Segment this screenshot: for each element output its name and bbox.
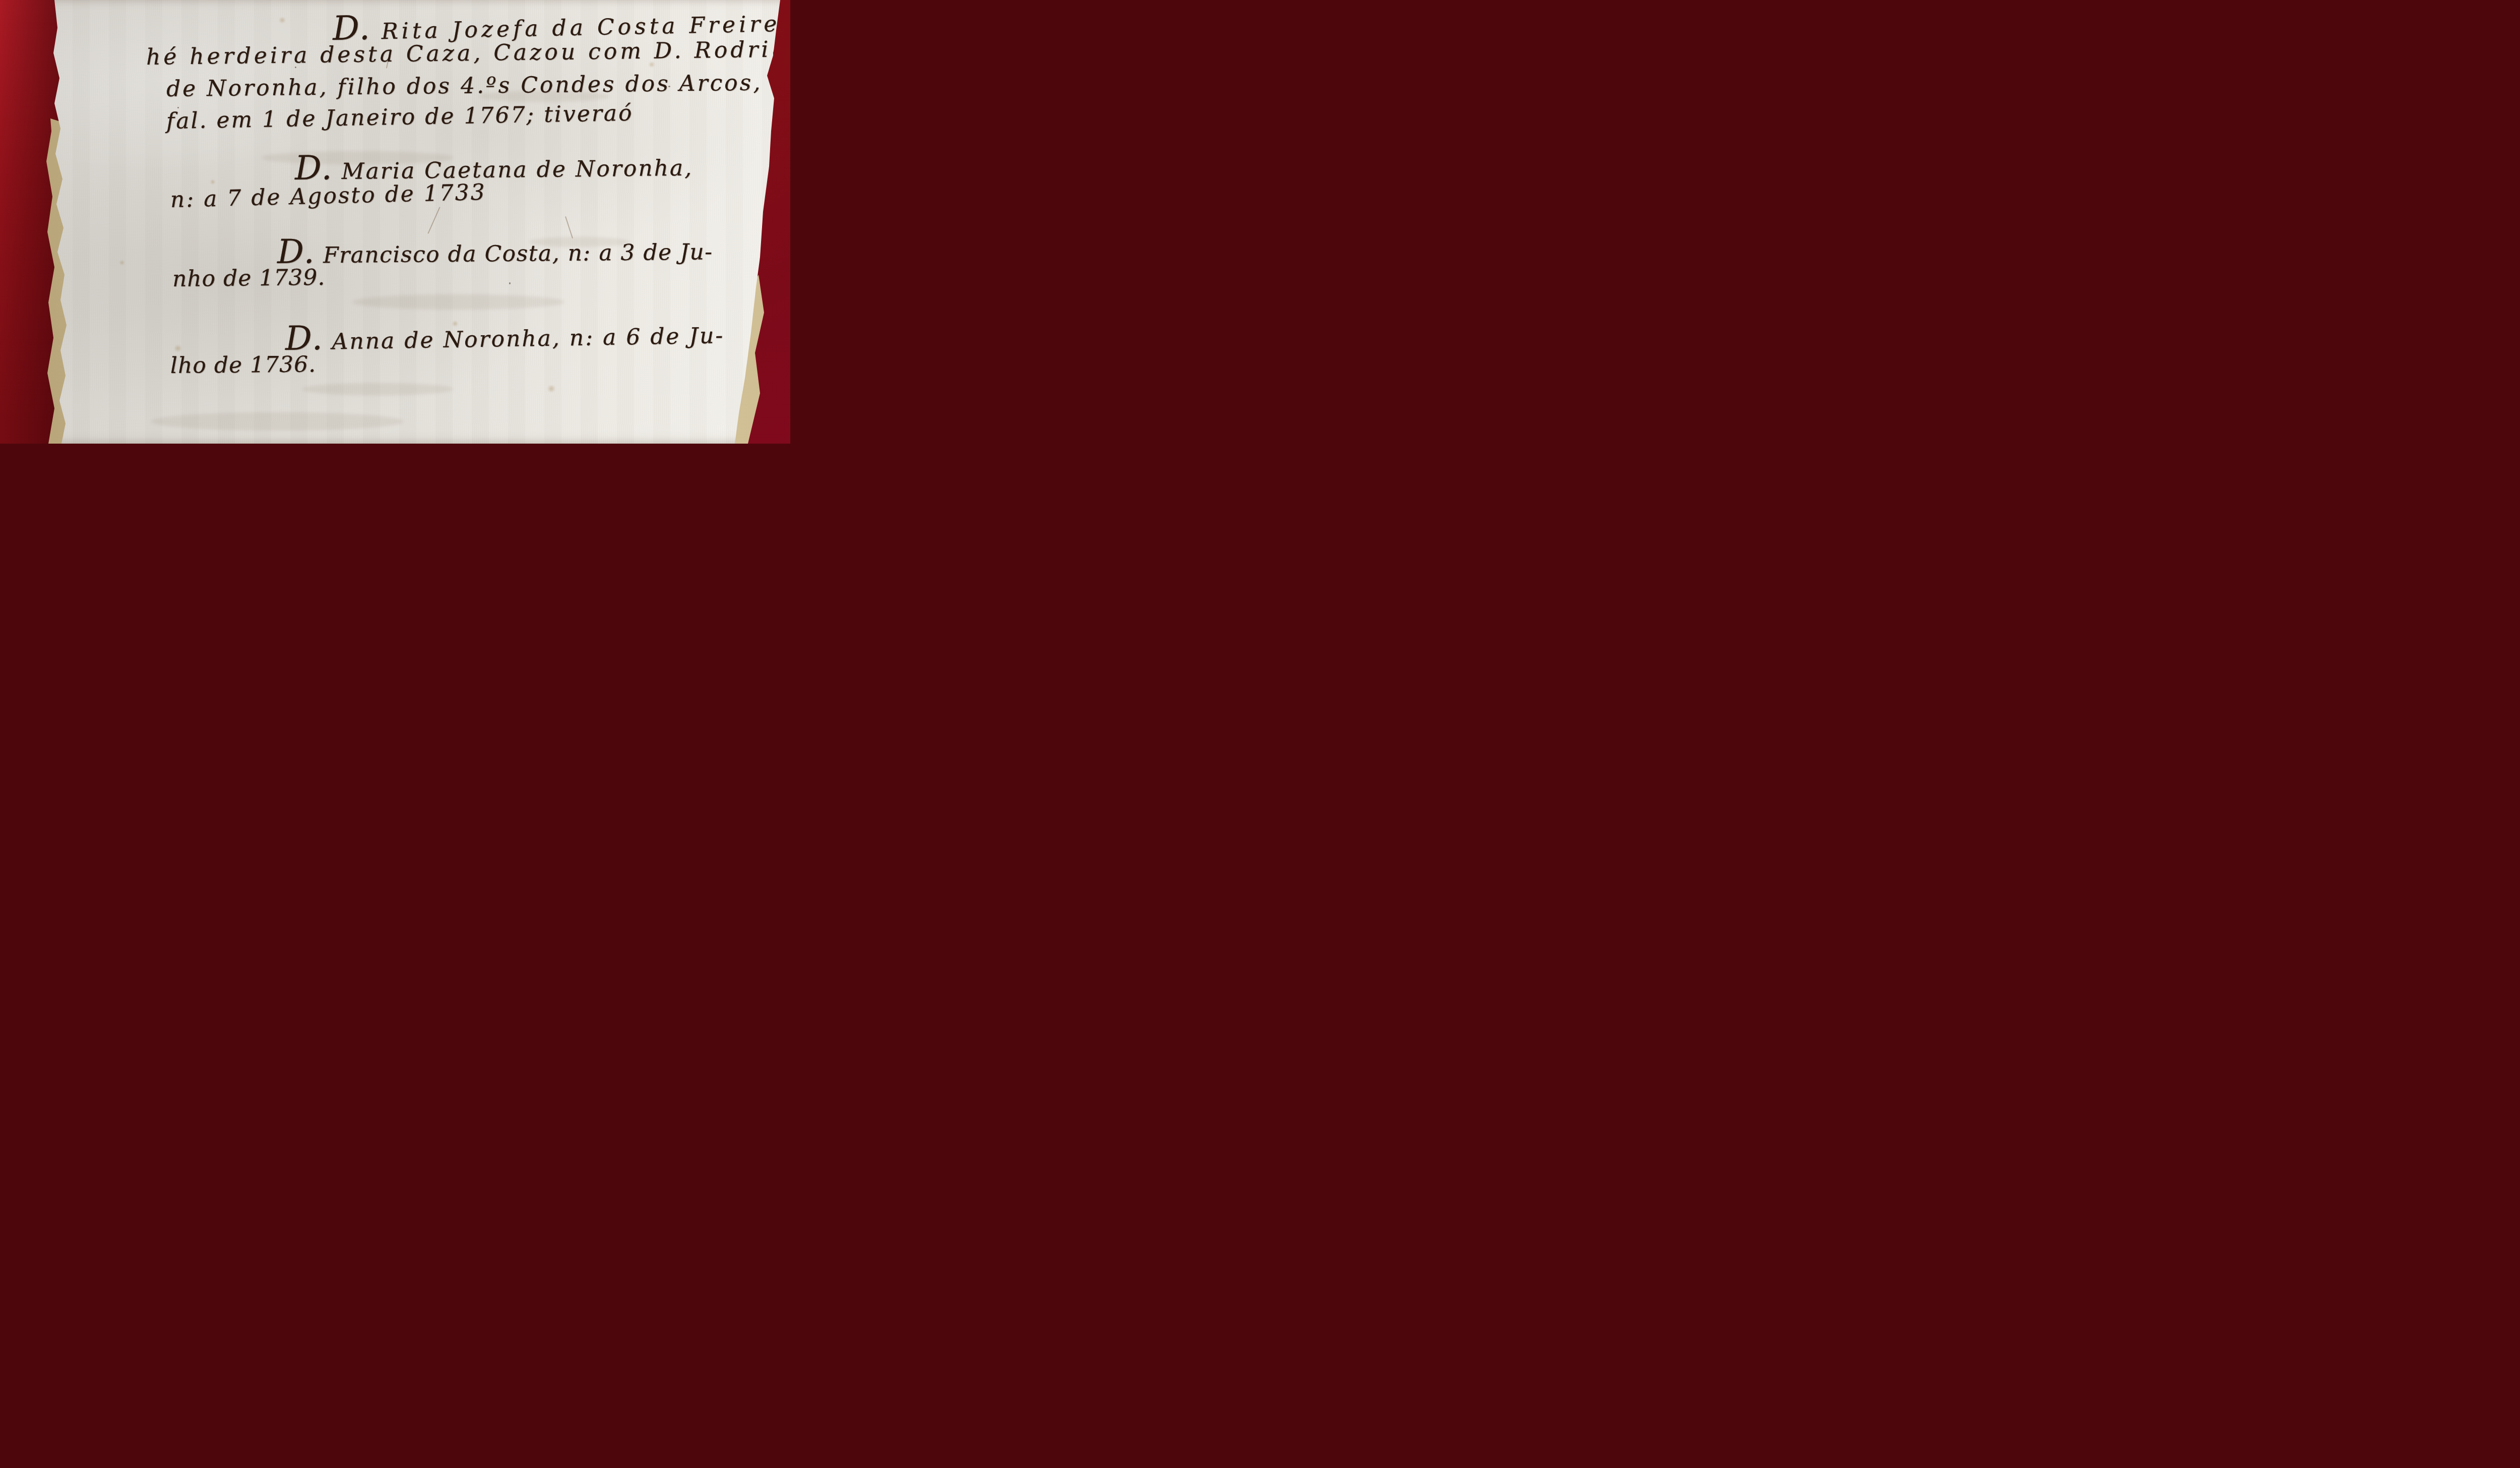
foxing-stain bbox=[546, 385, 556, 392]
manuscript-line: D. Maria Caetana de Noronha, bbox=[295, 148, 694, 185]
foxing-stain bbox=[173, 345, 182, 352]
manuscript-page: D. Rita Jozefa da Costa Freire, hé herde… bbox=[0, 0, 790, 444]
manuscript-line: D. Francisco da Costa, n: a 3 de Ju- bbox=[277, 231, 713, 269]
manuscript-line: nho de 1739. bbox=[172, 267, 326, 290]
ink-showthrough bbox=[151, 412, 403, 431]
manuscript-line: lho de 1736. bbox=[170, 353, 316, 377]
ink-showthrough bbox=[302, 383, 454, 395]
ink-fleck bbox=[509, 282, 511, 284]
manuscript-line: de Noronha, filho dos 4.ºs Condes dos Ar… bbox=[166, 71, 790, 100]
foxing-stain bbox=[278, 17, 286, 23]
foxing-stain bbox=[210, 179, 216, 185]
ink-showthrough bbox=[353, 294, 564, 310]
manuscript-line: D. Anna de Noronha, n: a 6 de Ju- bbox=[285, 315, 724, 355]
foxing-stain bbox=[119, 260, 125, 265]
manuscript-photo: D. Rita Jozefa da Costa Freire, hé herde… bbox=[0, 0, 790, 444]
